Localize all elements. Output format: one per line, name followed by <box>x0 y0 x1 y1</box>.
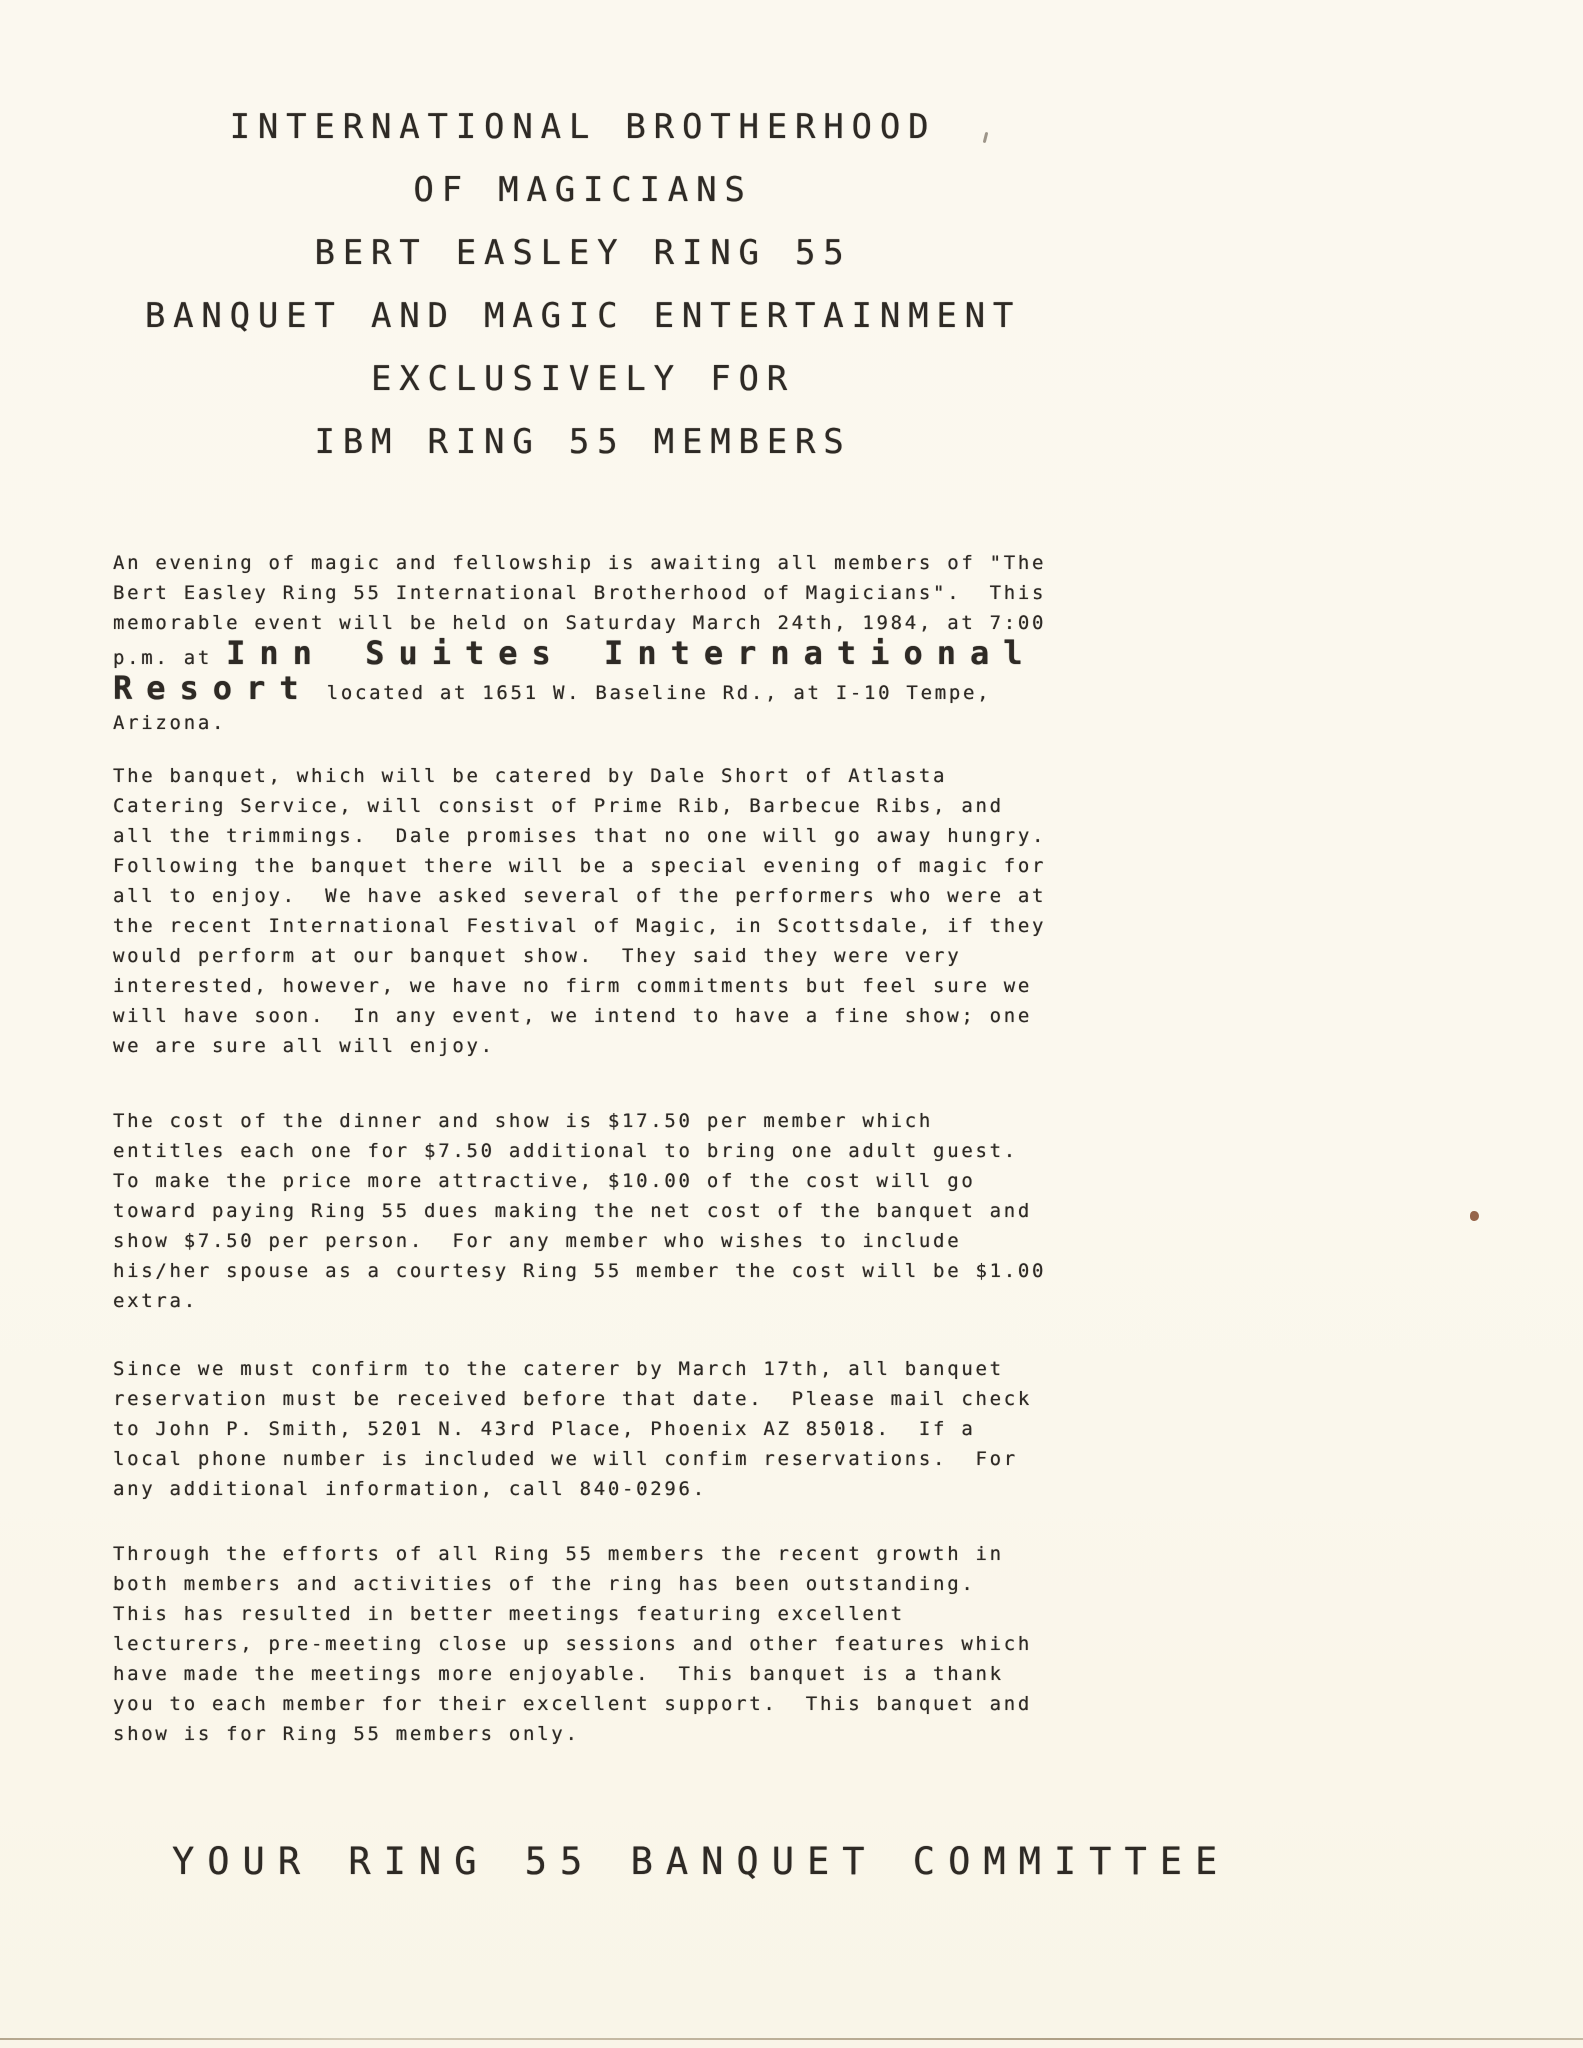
signature-line: YOUR RING 55 BANQUET COMMITTEE <box>172 1840 1230 1883</box>
paper-bottom-edge <box>0 2038 1583 2040</box>
scanned-letter-page: INTERNATIONAL BROTHERHOOD OF MAGICIANS B… <box>0 0 1583 2048</box>
paragraph-cost-details: The cost of the dinner and show is $17.5… <box>113 1106 1213 1316</box>
paragraph-reservation-details: Since we must confirm to the caterer by … <box>113 1354 1213 1504</box>
heading-line-3: BERT EASLEY RING 55 <box>113 222 1053 285</box>
paragraph-thank-you: Through the efforts of all Ring 55 membe… <box>113 1539 1213 1749</box>
heading-line-2: OF MAGICIANS <box>113 159 1053 222</box>
scan-artifact-speck <box>1470 1211 1479 1221</box>
heading-line-4: BANQUET AND MAGIC ENTERTAINMENT <box>113 285 1053 348</box>
heading-line-1: INTERNATIONAL BROTHERHOOD <box>113 96 1053 159</box>
paragraph-event-announcement: An evening of magic and fellowship is aw… <box>113 548 1213 738</box>
paragraph-banquet-details: The banquet, which will be catered by Da… <box>113 761 1213 1061</box>
letter-heading: INTERNATIONAL BROTHERHOOD OF MAGICIANS B… <box>113 96 1053 474</box>
heading-line-6: IBM RING 55 MEMBERS <box>113 411 1053 474</box>
heading-line-5: EXCLUSIVELY FOR <box>113 348 1053 411</box>
